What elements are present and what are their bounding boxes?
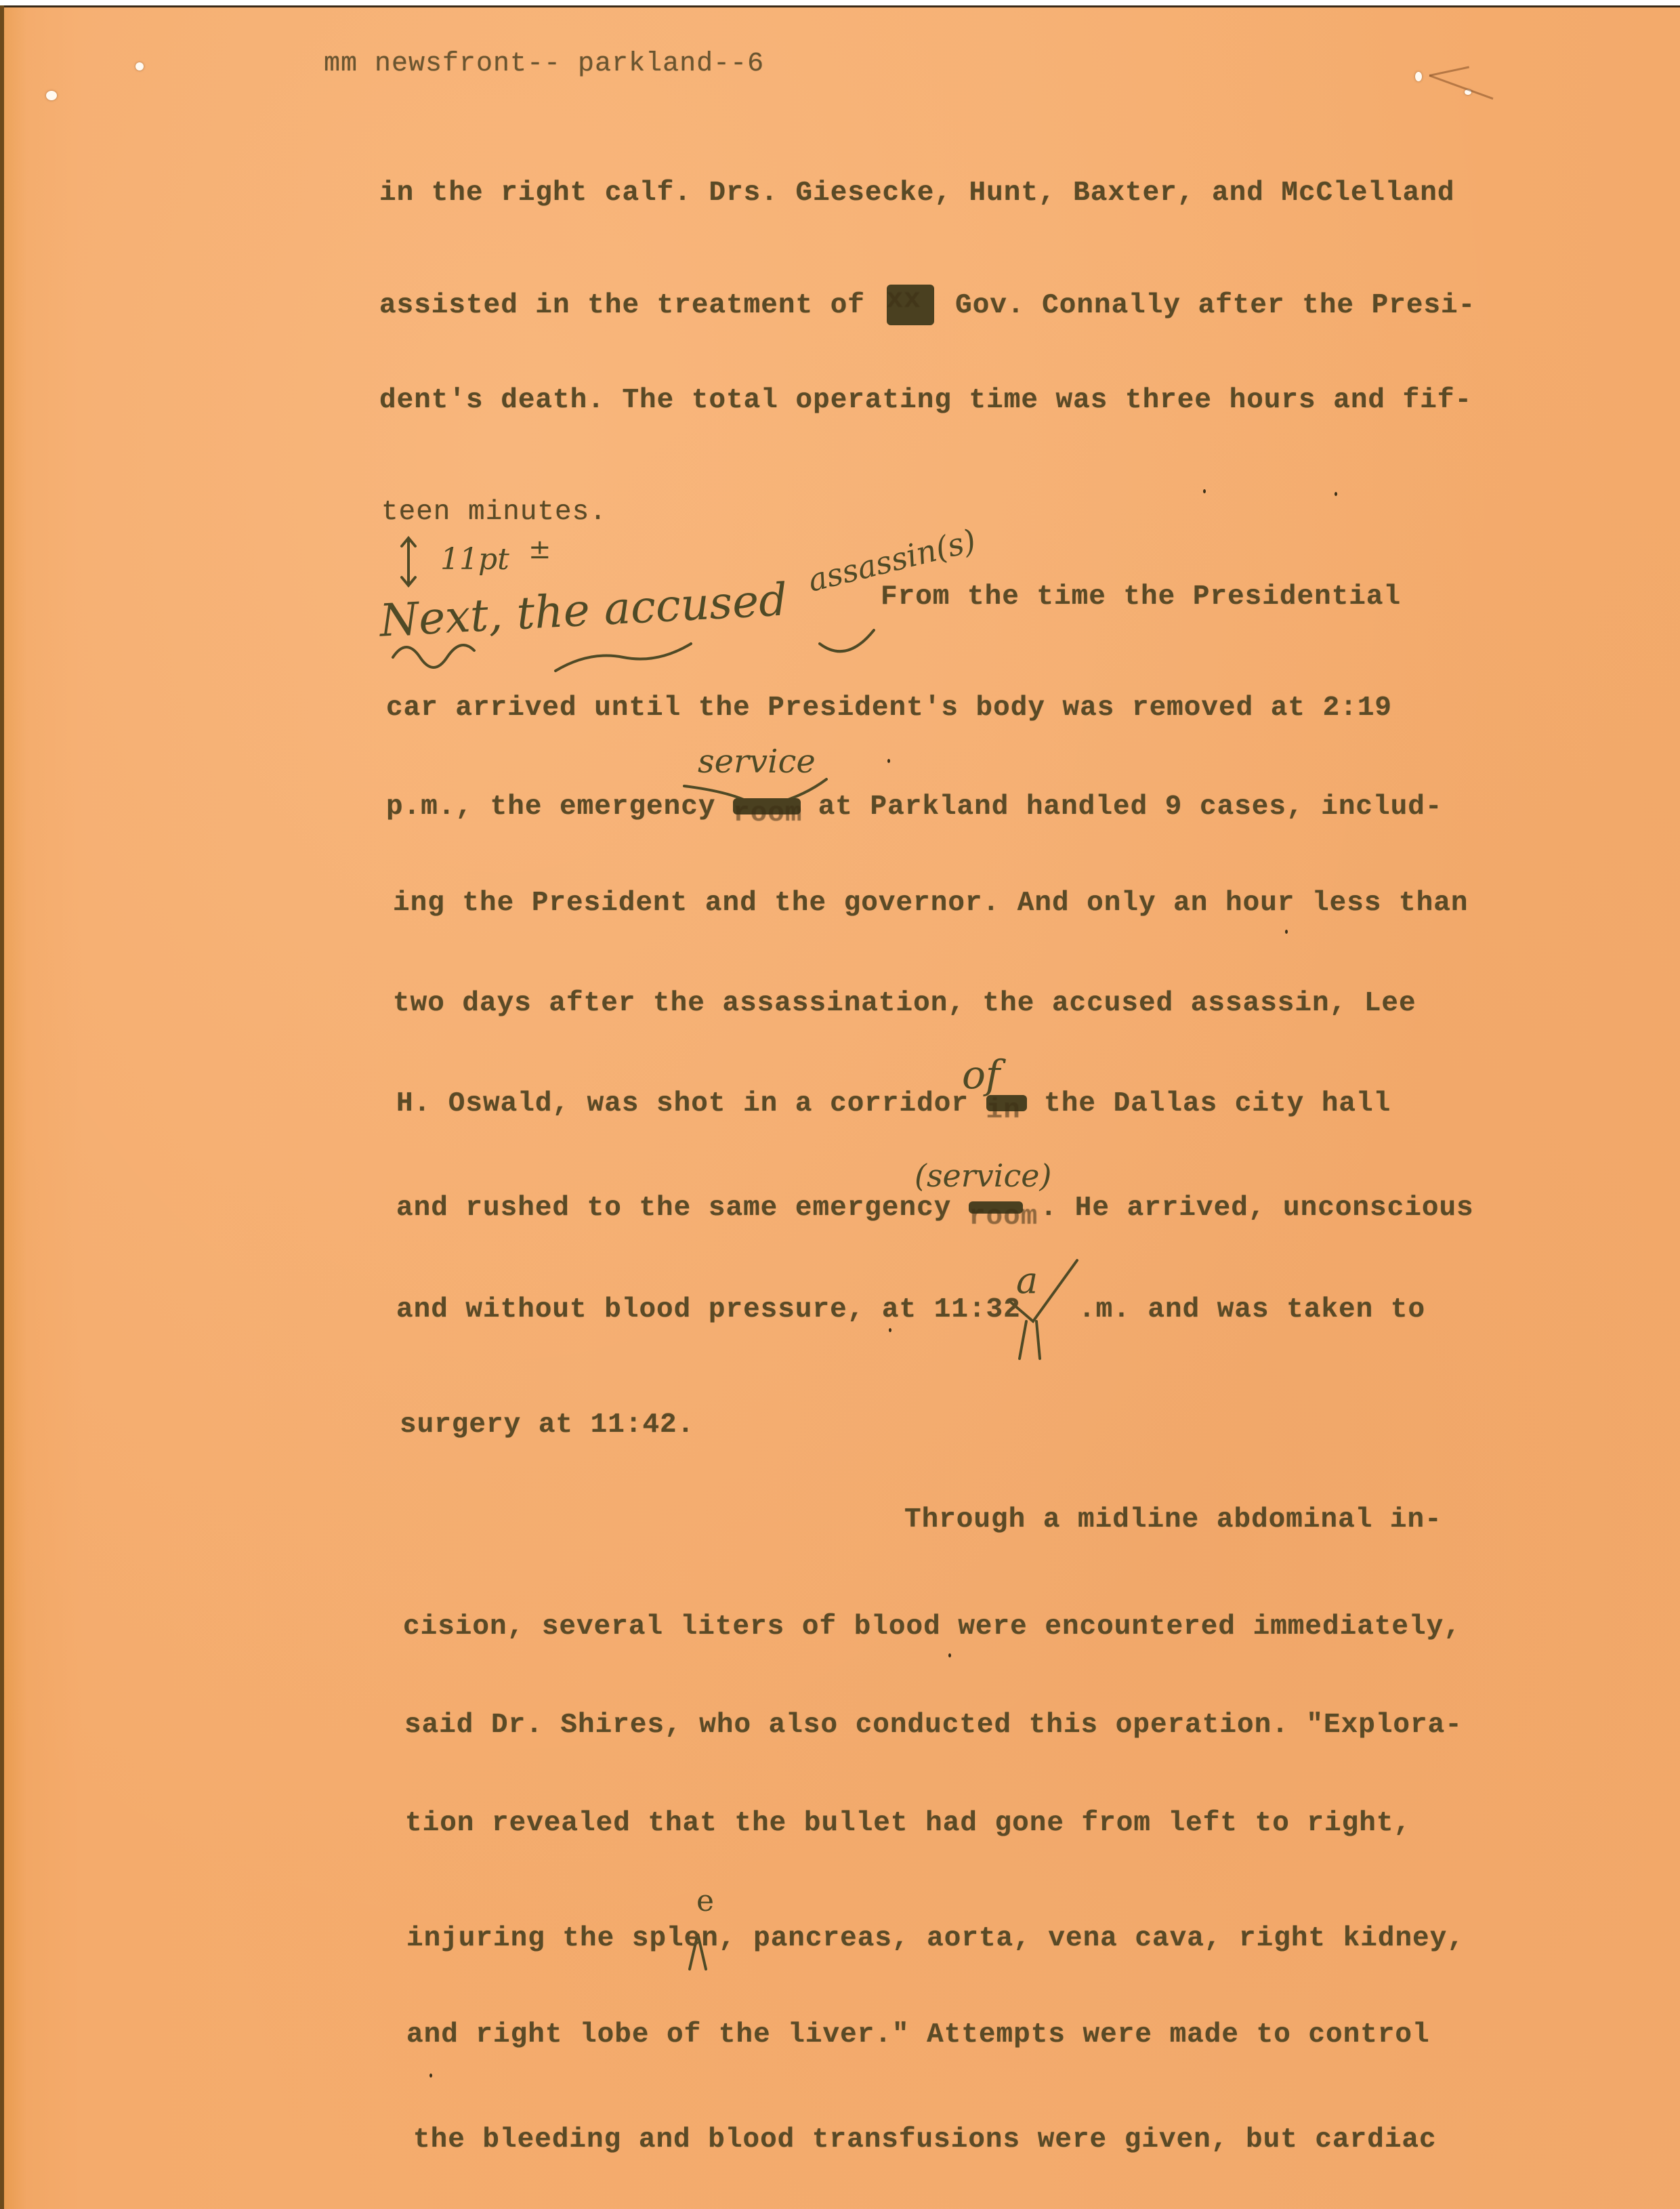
text-line: cision, several liters of blood were enc…: [403, 1611, 1461, 1643]
text-line: dent's death. The total operating time w…: [379, 385, 1472, 416]
struck-out-word: room: [969, 1201, 1023, 1214]
text-line: p.m., the emergency room at Parkland han…: [386, 791, 1442, 823]
text-segment: . He arrived, unconscious: [1041, 1193, 1474, 1224]
text-segment: and rushed to the same emergency: [396, 1193, 951, 1224]
text-segment: the Dallas city hall: [1044, 1088, 1391, 1119]
punch-hole: [1415, 72, 1422, 81]
insertion-squiggle: [386, 617, 874, 678]
vertical-arrow-icon: [398, 535, 419, 590]
text-line: surgery at 11:42.: [400, 1409, 694, 1441]
text-segment: and without blood pressure, at 11:32: [396, 1294, 1021, 1325]
handwritten-replacement: (service): [915, 1157, 1051, 1194]
text-line: and right lobe of the liver." Attempts w…: [406, 2019, 1430, 2050]
text-segment: Gov. Connally after the Presi-: [955, 290, 1475, 321]
text-line: in the right calf. Drs. Giesecke, Hunt, …: [379, 178, 1454, 209]
text-segment: .m. and was taken to: [1078, 1294, 1425, 1325]
punch-hole: [135, 62, 144, 70]
text-line: Through a midline abdominal in-: [904, 1504, 1442, 1535]
text-line: and without blood pressure, at 11:32 .m.…: [396, 1294, 1425, 1325]
text-line: the bleeding and blood transfusions were…: [413, 2124, 1437, 2155]
text-line: From the time the Presidential: [881, 581, 1401, 613]
text-segment: at Parkland handled 9 cases, includ-: [818, 791, 1443, 823]
text-line: and rushed to the same emergency room . …: [396, 1193, 1474, 1224]
spacing-annotation: 11pt: [440, 542, 509, 577]
spacing-symbol: ±: [528, 534, 551, 565]
page-slug: mm newsfront-- parkland--6: [324, 49, 764, 79]
struck-out-word: in: [986, 1095, 1027, 1111]
ink-speck: [429, 2073, 432, 2078]
ink-speck: [1203, 489, 1206, 493]
ink-speck: [887, 759, 890, 763]
text-segment: n, pancreas, aorta, vena cava, right kid…: [701, 1923, 1465, 1954]
struck-out-word: xx: [887, 285, 934, 325]
text-line: injuring the splen, pancreas, aorta, ven…: [406, 1923, 1465, 1954]
text-line: assisted in the treatment of xx Gov. Con…: [379, 285, 1475, 325]
text-segment: injuring the sple: [406, 1923, 701, 1954]
text-line: ing the President and the governor. And …: [393, 888, 1468, 919]
ink-speck: [1335, 492, 1337, 496]
handwritten-correction: e: [696, 1884, 714, 1918]
text-line: said Dr. Shires, who also conducted this…: [404, 1710, 1463, 1741]
ink-speck: [948, 1653, 951, 1657]
text-line: two days after the assassination, the ac…: [393, 988, 1416, 1019]
text-line: teen minutes.: [381, 497, 607, 528]
text-line: car arrived until the President's body w…: [386, 693, 1392, 724]
text-line: tion revealed that the bullet had gone f…: [405, 1808, 1411, 1839]
text-segment: H. Oswald, was shot in a corridor: [396, 1088, 969, 1119]
text-segment: assisted in the treatment of: [379, 290, 865, 321]
page-edge-shadow: [0, 5, 4, 2209]
ink-speck: [889, 1328, 891, 1332]
text-segment: p.m., the emergency: [386, 791, 715, 823]
struck-out-word: room: [733, 798, 801, 814]
ink-speck: [1285, 930, 1288, 934]
text-line: H. Oswald, was shot in a corridor in the…: [396, 1088, 1391, 1119]
punch-hole: [46, 91, 57, 100]
